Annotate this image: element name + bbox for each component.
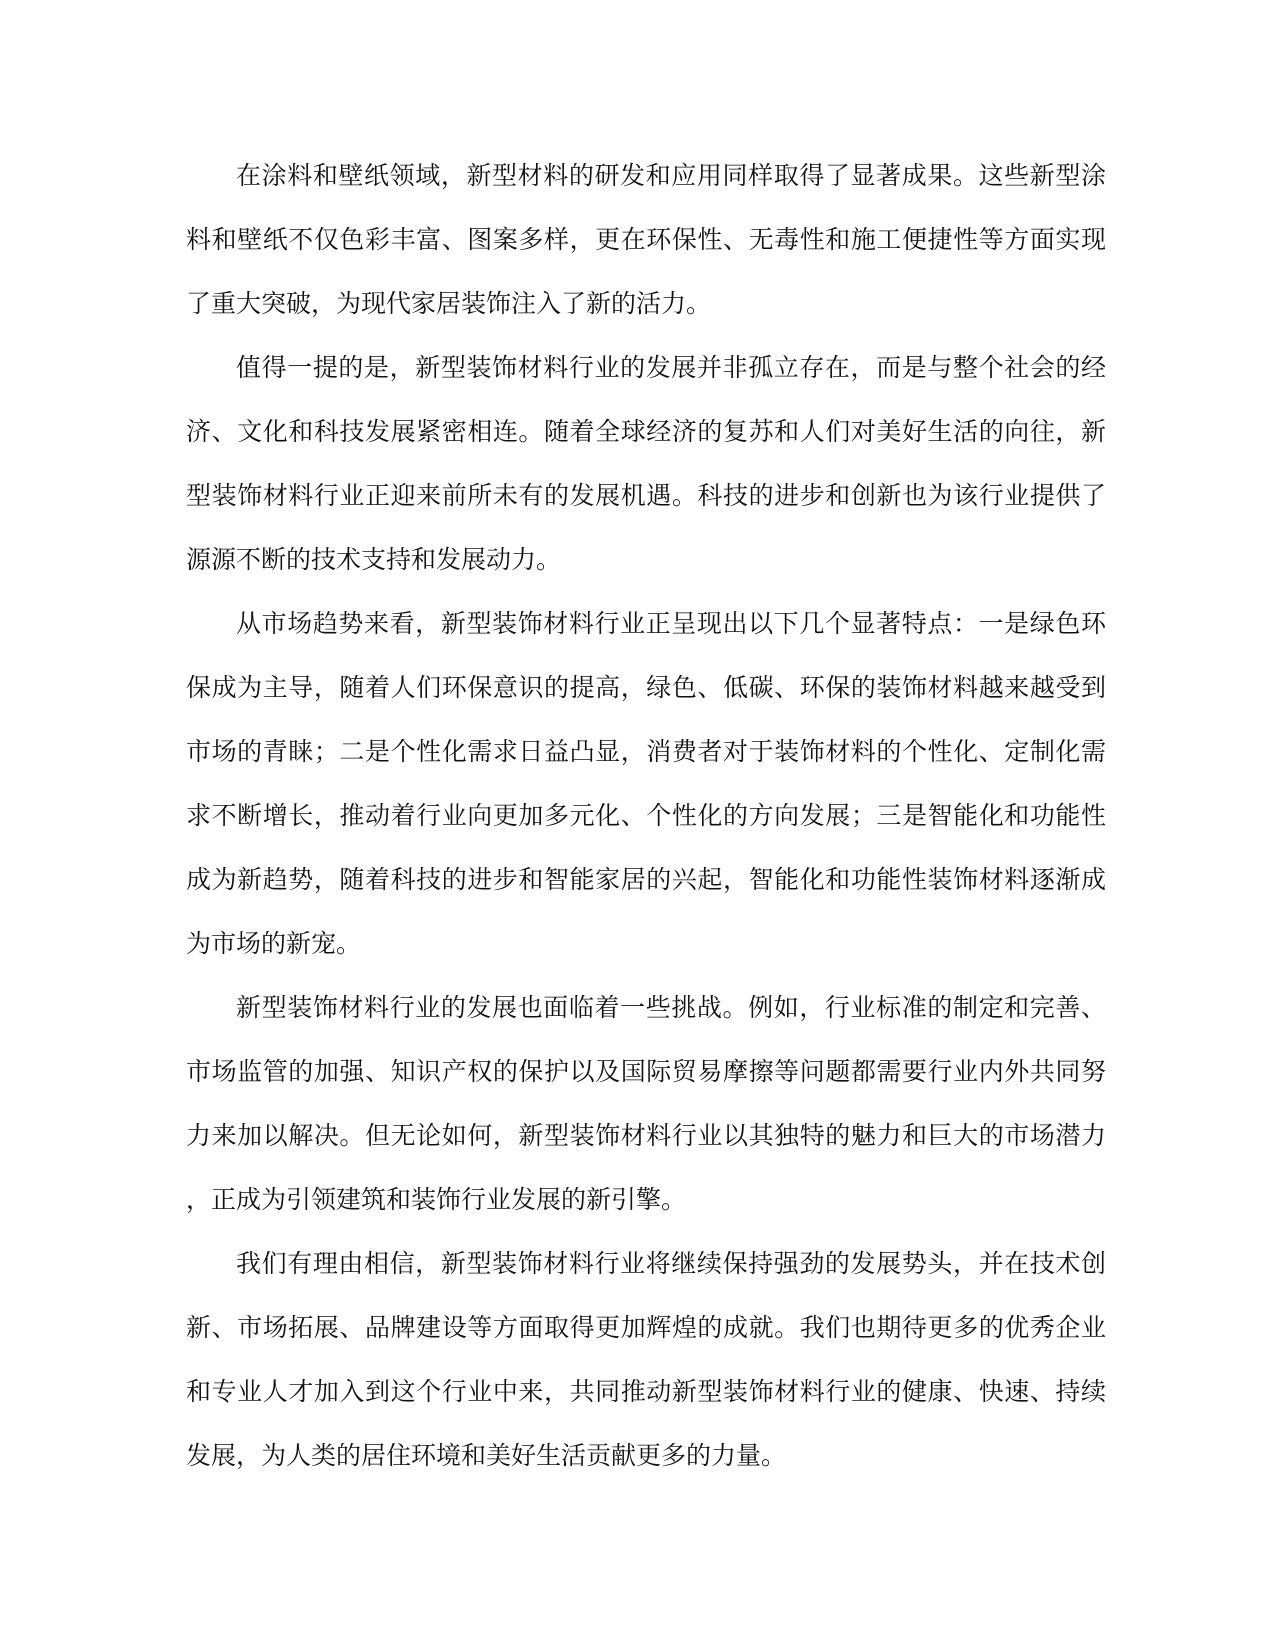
paragraph: 从市场趋势来看，新型装饰材料行业正呈现出以下几个显著特点：一是绿色环 保成为主导… bbox=[186, 592, 1106, 976]
text-line: 发展，为人类的居住环境和美好生活贡献更多的力量。 bbox=[186, 1424, 1106, 1488]
text-line: 市场的青睐；二是个性化需求日益凸显，消费者对于装饰材料的个性化、定制化需 bbox=[186, 720, 1106, 784]
document-page: 在涂料和壁纸领域，新型材料的研发和应用同样取得了显著成果。这些新型涂 料和壁纸不… bbox=[0, 0, 1275, 1650]
paragraph: 值得一提的是，新型装饰材料行业的发展并非孤立存在，而是与整个社会的经 济、文化和… bbox=[186, 336, 1106, 592]
paragraph: 我们有理由相信，新型装饰材料行业将继续保持强劲的发展势头，并在技术创 新、市场拓… bbox=[186, 1232, 1106, 1488]
text-line: 了重大突破，为现代家居装饰注入了新的活力。 bbox=[186, 272, 1106, 336]
text-line: 在涂料和壁纸领域，新型材料的研发和应用同样取得了显著成果。这些新型涂 bbox=[186, 144, 1106, 208]
text-line: 新型装饰材料行业的发展也面临着一些挑战。例如，行业标准的制定和完善、 bbox=[186, 976, 1106, 1040]
text-line: 保成为主导，随着人们环保意识的提高，绿色、低碳、环保的装饰材料越来越受到 bbox=[186, 656, 1106, 720]
paragraph: 在涂料和壁纸领域，新型材料的研发和应用同样取得了显著成果。这些新型涂 料和壁纸不… bbox=[186, 144, 1106, 336]
text-line: 从市场趋势来看，新型装饰材料行业正呈现出以下几个显著特点：一是绿色环 bbox=[186, 592, 1106, 656]
text-line: 料和壁纸不仅色彩丰富、图案多样，更在环保性、无毒性和施工便捷性等方面实现 bbox=[186, 208, 1106, 272]
text-line: 我们有理由相信，新型装饰材料行业将继续保持强劲的发展势头，并在技术创 bbox=[186, 1232, 1106, 1296]
text-line: 市场监管的加强、知识产权的保护以及国际贸易摩擦等问题都需要行业内外共同努 bbox=[186, 1040, 1106, 1104]
text-line: 成为新趋势，随着科技的进步和智能家居的兴起，智能化和功能性装饰材料逐渐成 bbox=[186, 848, 1106, 912]
text-line: 为市场的新宠。 bbox=[186, 912, 1106, 976]
text-line: 求不断增长，推动着行业向更加多元化、个性化的方向发展；三是智能化和功能性 bbox=[186, 784, 1106, 848]
text-line: 源源不断的技术支持和发展动力。 bbox=[186, 528, 1106, 592]
document-body: 在涂料和壁纸领域，新型材料的研发和应用同样取得了显著成果。这些新型涂 料和壁纸不… bbox=[186, 144, 1106, 1488]
text-line: 值得一提的是，新型装饰材料行业的发展并非孤立存在，而是与整个社会的经 bbox=[186, 336, 1106, 400]
text-line: 新、市场拓展、品牌建设等方面取得更加辉煌的成就。我们也期待更多的优秀企业 bbox=[186, 1296, 1106, 1360]
text-line: 济、文化和科技发展紧密相连。随着全球经济的复苏和人们对美好生活的向往，新 bbox=[186, 400, 1106, 464]
text-line: ，正成为引领建筑和装饰行业发展的新引擎。 bbox=[186, 1168, 1106, 1232]
text-line: 和专业人才加入到这个行业中来，共同推动新型装饰材料行业的健康、快速、持续 bbox=[186, 1360, 1106, 1424]
text-line: 力来加以解决。但无论如何，新型装饰材料行业以其独特的魅力和巨大的市场潜力 bbox=[186, 1104, 1106, 1168]
paragraph: 新型装饰材料行业的发展也面临着一些挑战。例如，行业标准的制定和完善、 市场监管的… bbox=[186, 976, 1106, 1232]
text-line: 型装饰材料行业正迎来前所未有的发展机遇。科技的进步和创新也为该行业提供了 bbox=[186, 464, 1106, 528]
